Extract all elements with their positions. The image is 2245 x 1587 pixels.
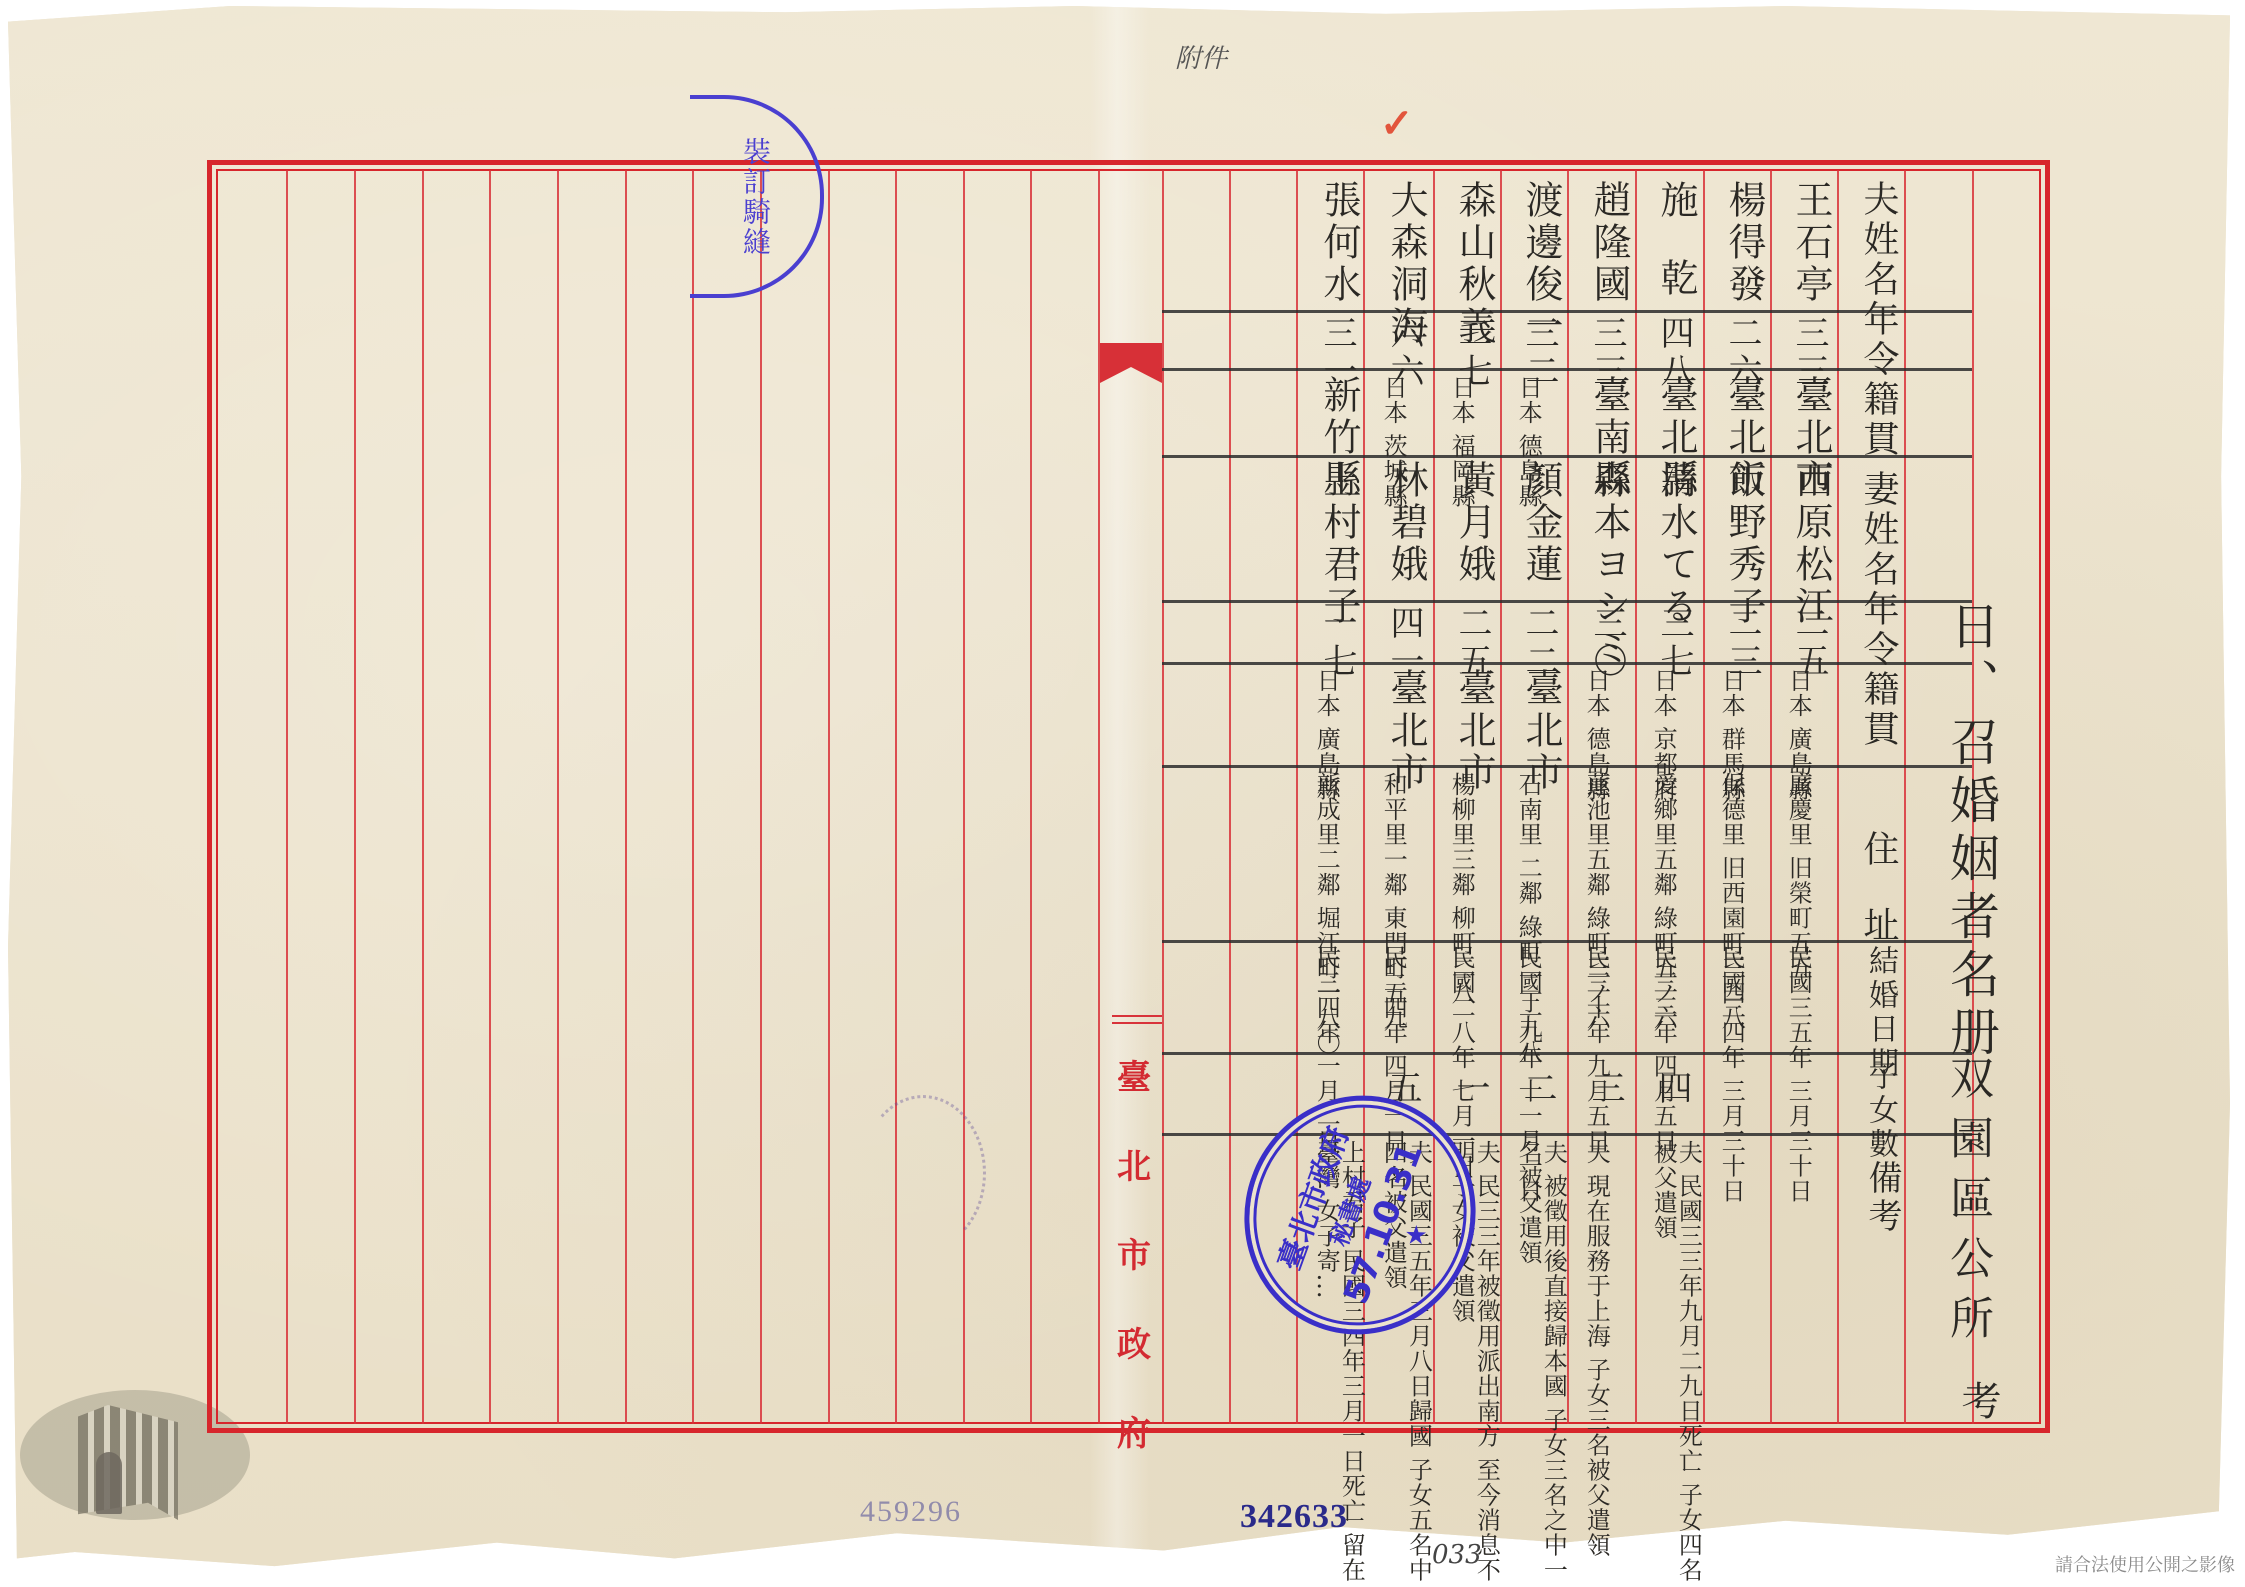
wife-name: 西原松江 (1792, 460, 1830, 628)
signer-mark: 考 (1950, 1380, 2007, 1420)
header-husband: 夫姓名年令籍貫 (1860, 180, 1896, 460)
column-rule (1030, 170, 1032, 1424)
spine-char: 府 (1117, 1406, 1151, 1455)
column-rule (489, 170, 491, 1424)
wife-name: 黃月娥 (1455, 460, 1493, 586)
star-icon: ★ (1398, 1219, 1434, 1251)
wife-name: 林碧娥 (1387, 460, 1425, 586)
column-rule (557, 170, 559, 1424)
column-rule (286, 170, 288, 1424)
children-count: 三 (1588, 1070, 1622, 1108)
spine-title: 臺 北 市 政 府 (1110, 1050, 1158, 1455)
pencil-annotation: 附件 (1175, 38, 1227, 75)
wife-name: 清水てる (1657, 460, 1695, 628)
column-rule (354, 170, 356, 1424)
page-number: 033 (1432, 1540, 1482, 1570)
row-rule (1162, 600, 1972, 603)
issuing-office: 双園區公所 (1935, 1055, 1999, 1355)
faint-stamp-trace (860, 1095, 986, 1251)
remarks: 夫 現在服務于上海 子女三名被父遣領 (1583, 1140, 1608, 1557)
spine-char: 市 (1117, 1228, 1151, 1277)
husband-name: 王石亭 (1792, 180, 1830, 306)
document-title: 日、召婚姻者名册 (1935, 600, 2007, 1064)
column-rule (963, 170, 965, 1424)
column-rule (1904, 170, 1906, 1424)
serial-number: 342633 (1240, 1498, 1348, 1536)
husband-name: 趙隆國 (1590, 180, 1628, 306)
husband-name: 張何水 (1320, 180, 1358, 306)
column-rule (422, 170, 424, 1424)
marriage-date: 民國三五年 三月三十日 (1785, 945, 1810, 1204)
spine-char: 臺 (1117, 1050, 1151, 1099)
column-rule (692, 170, 694, 1424)
column-rule (1770, 170, 1772, 1424)
keyhole-icon (96, 1452, 122, 1514)
header-wife: 妻姓名年令籍貫 (1860, 470, 1896, 750)
row-rule (1162, 1052, 1972, 1055)
column-rule (760, 170, 762, 1424)
column-rule (1500, 170, 1502, 1424)
archive-book-icon (78, 1405, 178, 1520)
column-rule (1229, 170, 1231, 1424)
row-rule (1162, 310, 1972, 313)
check-mark-icon: ✓ (1380, 100, 1414, 147)
column-rule (625, 170, 627, 1424)
column-rule (1162, 170, 1164, 1424)
marriage-date: 民三三年 四月五日 (1650, 945, 1675, 1154)
spine-rule (1112, 1022, 1162, 1024)
remarks: 夫 被徵用後直接歸本國 子女三名之中一名被父遣領 (1515, 1140, 1565, 1587)
row-rule (1162, 455, 1972, 458)
remarks: 夫 民國三三年九月二九日死亡 子女四名被父遣領 (1650, 1140, 1700, 1587)
wife-name: 上村君子 (1320, 460, 1358, 628)
column-rule (1635, 170, 1637, 1424)
marriage-date: 民國三四年 三月三十日 (1718, 945, 1743, 1204)
column-rule (1837, 170, 1839, 1424)
faint-serial-number: 459296 (860, 1495, 962, 1529)
wife-name: 顏金蓮 (1522, 460, 1560, 586)
marriage-date: 民三十年 九月五日 (1583, 945, 1608, 1154)
husband-name: 楊得發 (1725, 180, 1763, 306)
husband-name: 施乾 (1657, 180, 1695, 336)
children-count: 一 (1453, 1070, 1487, 1108)
spine-rule (1112, 1015, 1162, 1017)
column-rule (1703, 170, 1705, 1424)
column-rule (1098, 170, 1100, 1424)
children-count: 四 (1655, 1070, 1689, 1108)
spine-char: 北 (1117, 1139, 1151, 1188)
column-rule (1567, 170, 1569, 1424)
header-children: 子女數 (1865, 1060, 1895, 1162)
spine-char: 政 (1117, 1317, 1151, 1366)
row-rule (1162, 368, 1972, 371)
row-rule (1162, 662, 1972, 665)
column-rule (828, 170, 830, 1424)
usage-watermark: 請合法使用公開之影像 (2055, 1551, 2235, 1577)
wife-name: 飯野秀子 (1725, 460, 1763, 628)
row-rule (1162, 765, 1972, 768)
header-remarks: 備考 (1865, 1160, 1899, 1236)
children-count: 二 (1520, 1070, 1554, 1108)
row-rule (1162, 940, 1972, 943)
